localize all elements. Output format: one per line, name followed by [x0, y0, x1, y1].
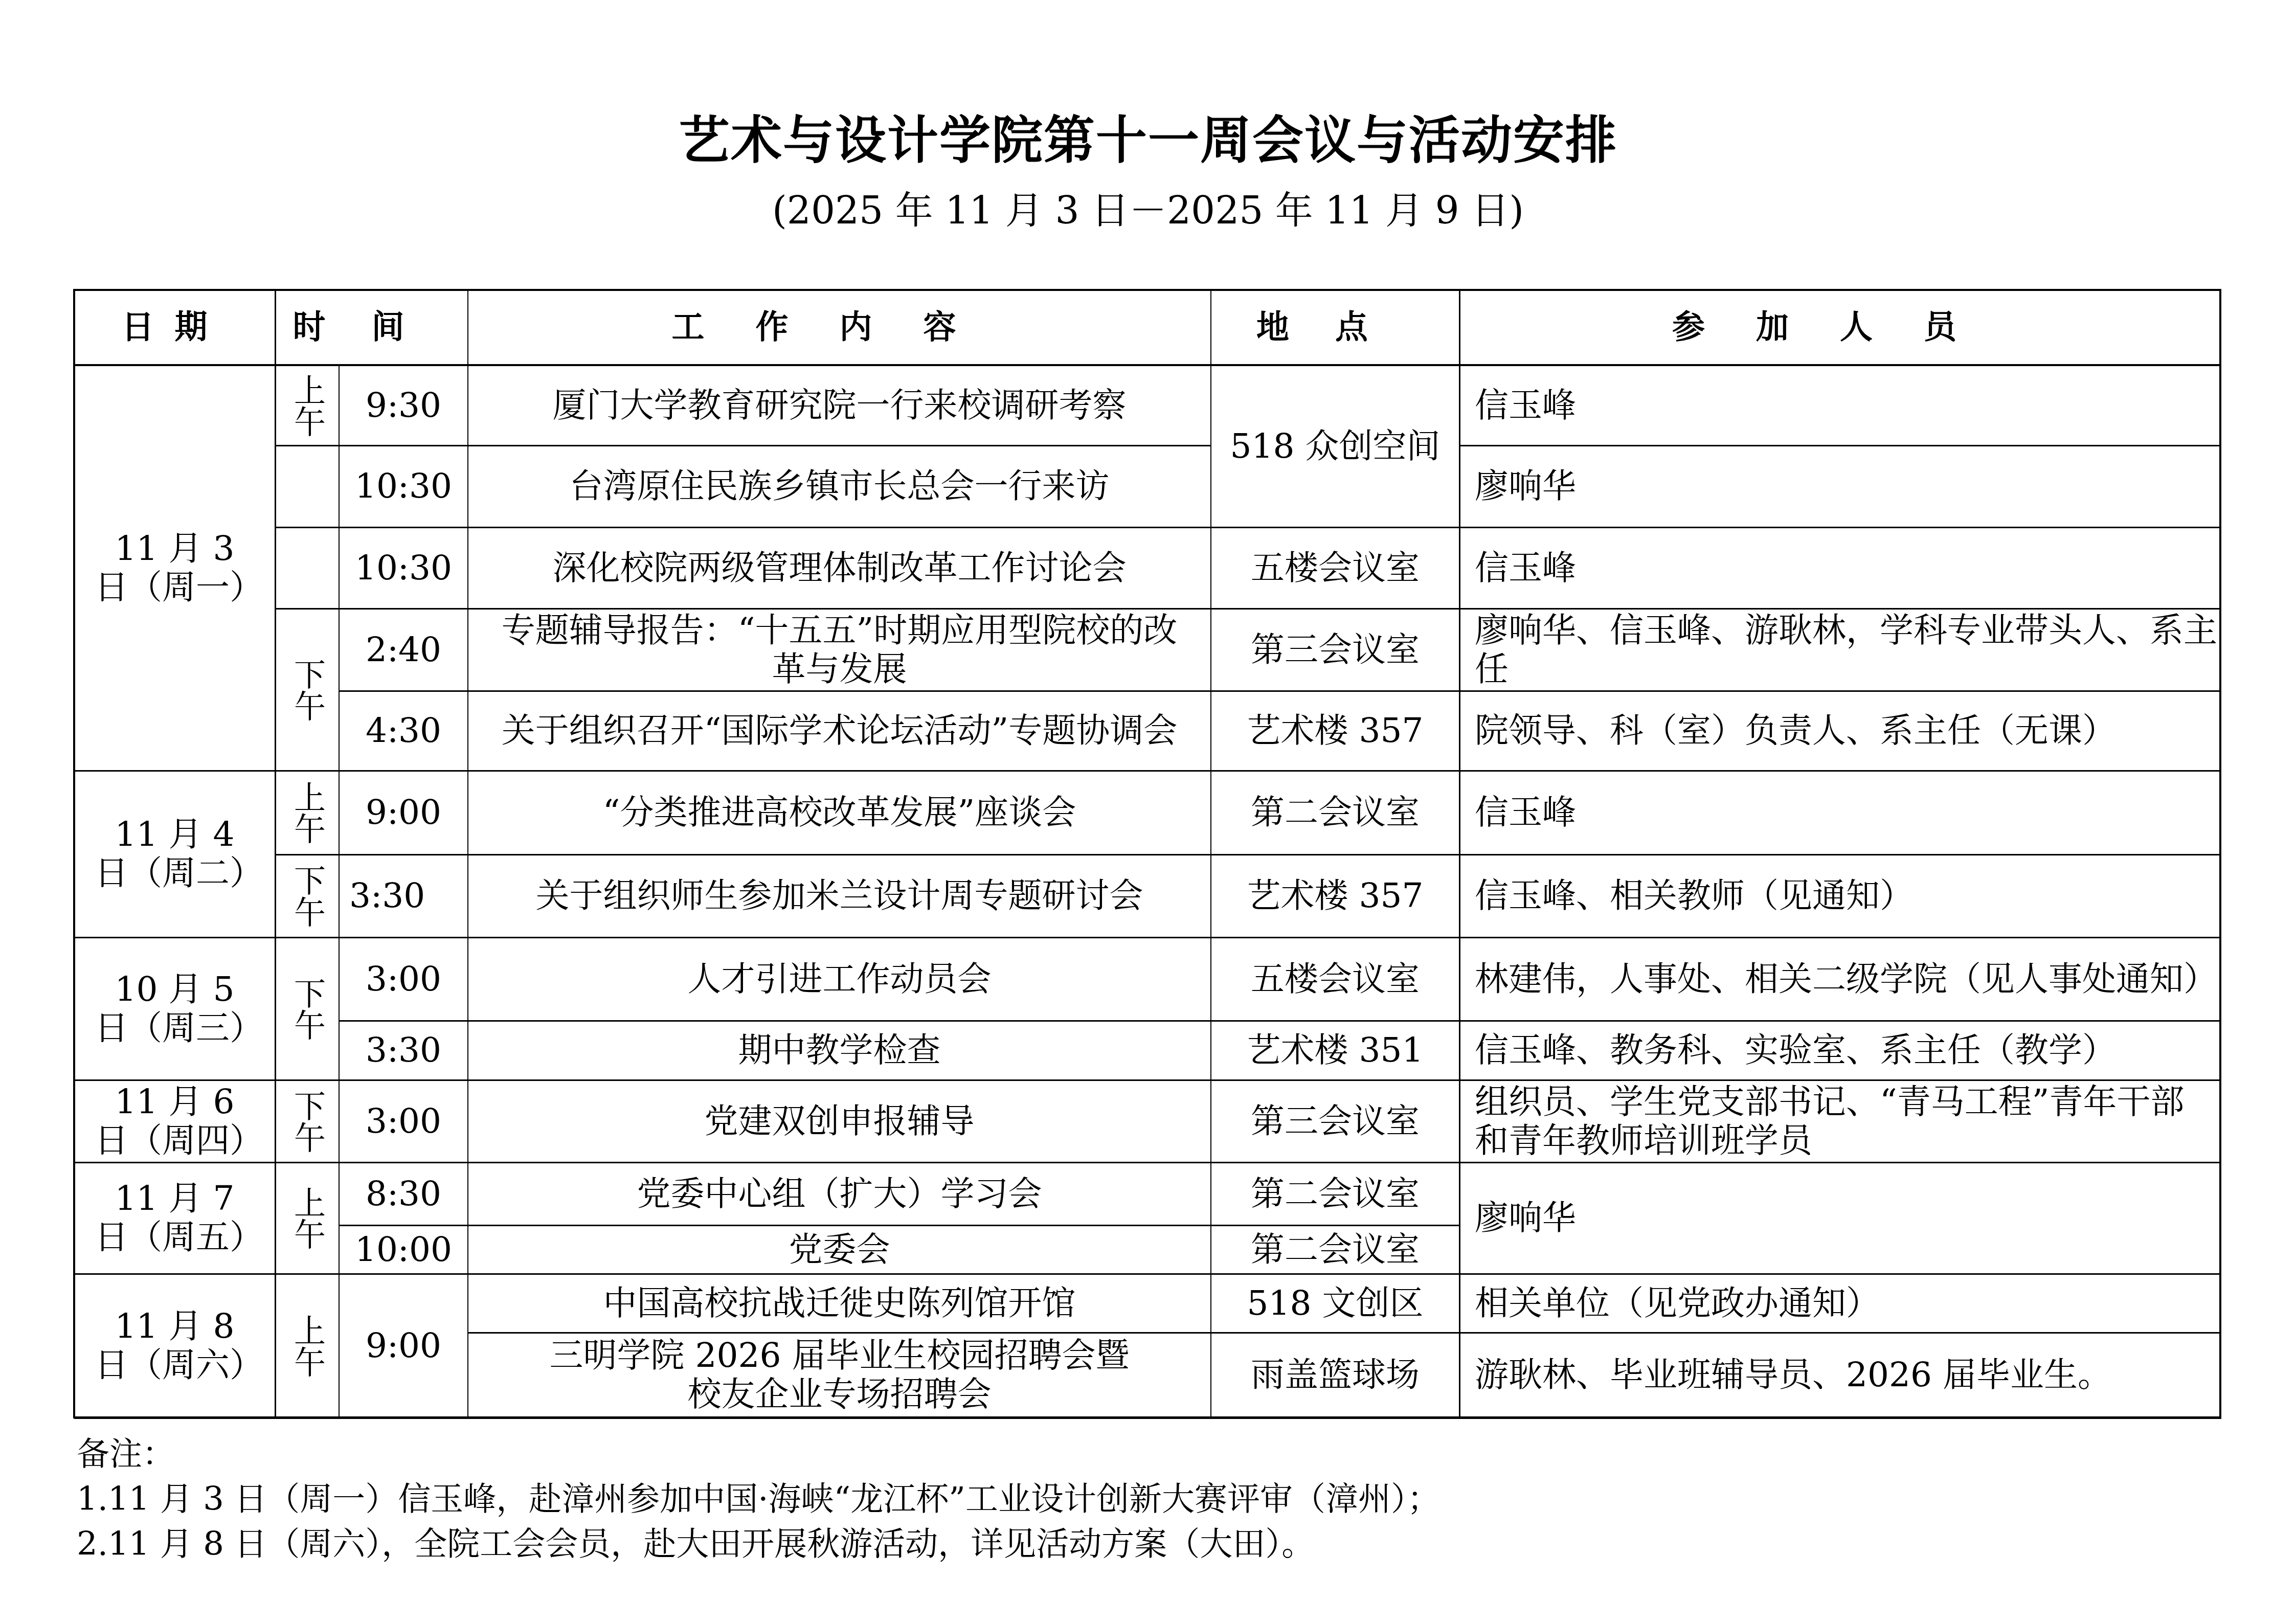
period-pm: 下午: [275, 854, 339, 937]
row-divider: [275, 527, 2220, 528]
content-cell: 厦门大学教育研究院一行来校调研考察: [468, 365, 1211, 445]
content-cell: 党委会: [468, 1225, 1211, 1274]
row-divider: [74, 770, 2220, 772]
content-cell: 党建双创申报辅导: [468, 1080, 1211, 1162]
row-divider: [1459, 445, 2220, 446]
time-cell: 8:30: [339, 1162, 468, 1225]
time-cell: 9:00: [339, 771, 468, 854]
row-divider: [275, 854, 2220, 855]
participants-cell: 信玉峰: [1459, 365, 2220, 445]
column-divider: [339, 365, 340, 1417]
time-cell: 3:30: [339, 854, 468, 937]
location-cell: 518 文创区: [1211, 1274, 1459, 1333]
content-cell: 中国高校抗战迁徙史陈列馆开馆: [468, 1274, 1211, 1333]
content-cell: 台湾原住民族乡镇市长总会一行来访: [468, 445, 1211, 527]
table-border: [73, 289, 75, 1418]
date-cell-sat: 11 月 8 日（周六）: [74, 1274, 275, 1417]
location-cell: 艺术楼 351: [1211, 1021, 1459, 1080]
page-title: 艺术与设计学院第十一周会议与活动安排: [0, 110, 2296, 171]
participants-cell: 信玉峰: [1459, 771, 2220, 854]
participants-cell: 廖响华: [1459, 1162, 2220, 1274]
row-divider: [339, 1020, 2220, 1022]
location-cell: 第三会议室: [1211, 608, 1459, 691]
header-time: 时间: [275, 289, 468, 365]
location-cell: 艺术楼 357: [1211, 691, 1459, 771]
content-cell: 人才引进工作动员会: [468, 937, 1211, 1021]
row-divider: [275, 445, 1211, 446]
location-cell: 艺术楼 357: [1211, 854, 1459, 937]
header-date: 日期: [74, 289, 275, 365]
row-divider: [339, 1225, 1459, 1226]
content-cell: 三明学院 2026 届毕业生校园招聘会暨校友企业专场招聘会: [468, 1333, 1211, 1417]
content-cell: 党委中心组（扩大）学习会: [468, 1162, 1211, 1225]
time-cell: 3:00: [339, 1080, 468, 1162]
row-divider: [339, 690, 2220, 692]
location-cell: 518 众创空间: [1211, 365, 1459, 527]
content-cell: 期中教学检查: [468, 1021, 1211, 1080]
row-divider: [74, 1273, 2220, 1275]
note-item: 2.11 月 8 日（周六），全院工会会员，赴大田开展秋游活动，详见活动方案（大…: [77, 1522, 1314, 1567]
location-cell: 第二会议室: [1211, 1225, 1459, 1274]
header-content: 工作内容: [468, 289, 1211, 365]
column-divider: [467, 289, 468, 1417]
participants-cell: 林建伟，人事处、相关二级学院（见人事处通知）: [1459, 937, 2220, 1021]
participants-cell: 组织员、学生党支部书记、“青马工程”青年干部和青年教师培训班学员: [1459, 1080, 2220, 1162]
row-divider: [74, 1079, 2220, 1081]
participants-cell: 廖响华: [1459, 445, 2220, 527]
content-cell: 关于组织召开“国际学术论坛活动”专题协调会: [468, 691, 1211, 771]
participants-cell: 信玉峰: [1459, 527, 2220, 608]
participants-cell: 相关单位（见党政办通知）: [1459, 1274, 2220, 1333]
time-cell: 4:30: [339, 691, 468, 771]
column-divider: [1210, 289, 1211, 1417]
date-cell-mon: 11 月 3 日（周一）: [74, 365, 275, 771]
location-cell: 五楼会议室: [1211, 527, 1459, 608]
time-cell: 9:00: [339, 1274, 468, 1417]
date-cell-tue: 11 月 4 日（周二）: [74, 771, 275, 937]
period-pm: 下午: [275, 608, 339, 771]
content-cell: “分类推进高校改革发展”座谈会: [468, 771, 1211, 854]
time-cell: 3:00: [339, 937, 468, 1021]
table-border: [74, 289, 2221, 291]
note-item: 1.11 月 3 日（周一）信玉峰，赴漳州参加中国·海峡“龙江杯”工业设计创新大…: [77, 1477, 1440, 1522]
time-cell: 10:30: [339, 445, 468, 527]
row-divider: [275, 608, 2220, 610]
participants-cell: 廖响华、信玉峰、游耿林，学科专业带头人、系主任: [1459, 608, 2220, 691]
participants-cell: 信玉峰、相关教师（见通知）: [1459, 854, 2220, 937]
time-cell: 10:00: [339, 1225, 468, 1274]
date-cell-fri: 11 月 7 日（周五）: [74, 1162, 275, 1274]
date-cell-thu: 11 月 6 日（周四）: [74, 1080, 275, 1162]
time-cell: 2:40: [339, 608, 468, 691]
date-cell-wed: 10 月 5 日（周三）: [74, 937, 275, 1080]
content-cell: 深化校院两级管理体制改革工作讨论会: [468, 527, 1211, 608]
row-divider: [468, 1332, 2220, 1334]
period-pm: 下午: [275, 1080, 339, 1162]
header-participants: 参加人员: [1459, 289, 2220, 365]
location-cell: 第二会议室: [1211, 1162, 1459, 1225]
location-cell: 第二会议室: [1211, 771, 1459, 854]
time-cell: 10:30: [339, 527, 468, 608]
period-am: 上午: [275, 365, 339, 445]
row-divider: [74, 364, 2220, 366]
notes-heading: 备注：: [77, 1432, 175, 1477]
table-border: [74, 1416, 2221, 1419]
content-cell: 专题辅导报告：“十五五”时期应用型院校的改革与发展: [468, 608, 1211, 691]
row-divider: [74, 1162, 2220, 1163]
row-divider: [74, 937, 2220, 938]
time-cell: 3:30: [339, 1021, 468, 1080]
participants-cell: 院领导、科（室）负责人、系主任（无课）: [1459, 691, 2220, 771]
period-pm: 下午: [275, 937, 339, 1080]
content-cell: 关于组织师生参加米兰设计周专题研讨会: [468, 854, 1211, 937]
date-range-subtitle: (2025 年 11 月 3 日－2025 年 11 月 9 日): [0, 185, 2296, 236]
location-cell: 雨盖篮球场: [1211, 1333, 1459, 1417]
participants-cell: 信玉峰、教务科、实验室、系主任（教学）: [1459, 1021, 2220, 1080]
location-cell: 第三会议室: [1211, 1080, 1459, 1162]
column-divider: [1459, 289, 1460, 1417]
location-cell: 五楼会议室: [1211, 937, 1459, 1021]
header-location: 地点: [1211, 289, 1459, 365]
period-am: 上午: [275, 1274, 339, 1417]
period-am: 上午: [275, 771, 339, 854]
period-am: 上午: [275, 1162, 339, 1274]
participants-cell: 游耿林、毕业班辅导员、2026 届毕业生。: [1459, 1333, 2220, 1417]
time-cell: 9:30: [339, 365, 468, 445]
column-divider: [275, 289, 276, 1417]
